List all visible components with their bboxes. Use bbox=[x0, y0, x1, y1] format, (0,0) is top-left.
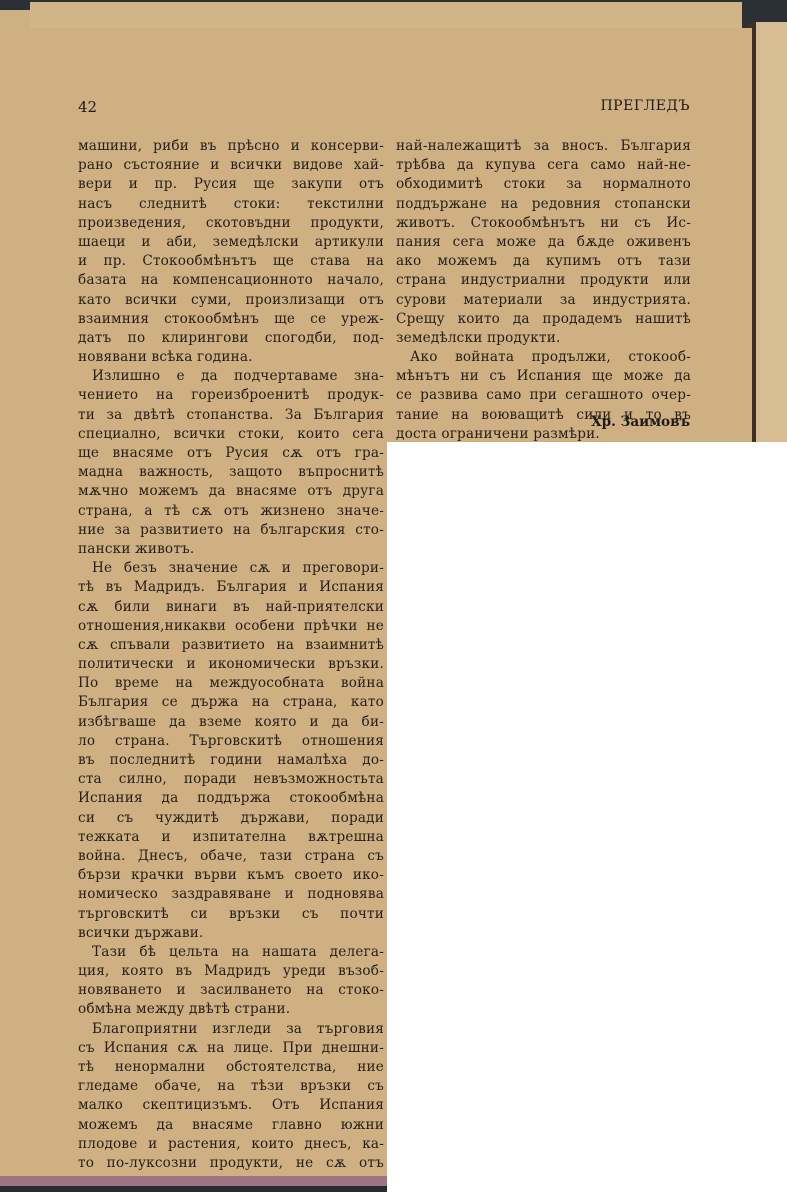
text-line: датъ по клирингови спогодби, под- bbox=[78, 329, 384, 348]
text-line: специално, всички стоки, които сега bbox=[78, 425, 384, 444]
text-line: поддържане на редовния стопански bbox=[396, 195, 691, 214]
text-line: малко скептицизъмъ. Отъ Испания bbox=[78, 1096, 384, 1115]
text-line: ако можемъ да купимъ отъ тази bbox=[396, 252, 691, 271]
text-line: страна, а тѣ сѫ отъ жизнено значе- bbox=[78, 502, 384, 521]
text-line: сѫ били винаги въ най-приятелски bbox=[78, 598, 384, 617]
left-text-column: машини, риби въ прѣсно и консерви- рано … bbox=[78, 137, 384, 1173]
text-line: вери и пр. Русия ще закупи отъ bbox=[78, 175, 384, 194]
text-line: произведения, скотовъдни продукти, bbox=[78, 214, 384, 233]
text-line: ция, която въ Мадридъ уреди възоб- bbox=[78, 962, 384, 981]
text-line: политически и икономически връзки. bbox=[78, 655, 384, 674]
running-head: ПРЕГЛЕДЪ bbox=[570, 98, 690, 114]
text-line: тѣ въ Мадридъ. България и Испания bbox=[78, 578, 384, 597]
text-line: Срещу които да продадемъ нашитѣ bbox=[396, 310, 691, 329]
author-signature: Хр. Заимовъ bbox=[560, 414, 690, 430]
text-line: животъ. Стокообмѣнътъ ни съ Ис- bbox=[396, 214, 691, 233]
text-line: отношения,никакви особени прѣчки не bbox=[78, 617, 384, 636]
text-line: пания сега може да бѫде оживенъ bbox=[396, 233, 691, 252]
text-line: чението на гореизброенитѣ продук- bbox=[78, 386, 384, 405]
text-line: ло страна. Търговскитѣ отношения bbox=[78, 732, 384, 751]
adjacent-page-edge bbox=[756, 22, 787, 442]
paragraph-start: Излишно е да подчертаваме зна- bbox=[78, 367, 384, 386]
text-line: можемъ да внасяме главно южни bbox=[78, 1116, 384, 1135]
text-line: номическо заздравяване и подновява bbox=[78, 885, 384, 904]
text-line: сурови материали за индустрията. bbox=[396, 291, 691, 310]
text-line: ти за двѣтѣ стопанства. За България bbox=[78, 406, 384, 425]
text-line: ще внасяме отъ Русия сѫ отъ гра- bbox=[78, 444, 384, 463]
right-text-column: най-належащитѣ за вносъ. България трѣбва… bbox=[396, 137, 691, 444]
text-line: рано състояние и всички видове хай- bbox=[78, 156, 384, 175]
text-line: машини, риби въ прѣсно и консерви- bbox=[78, 137, 384, 156]
text-line: плодове и растения, които днесъ, ка- bbox=[78, 1135, 384, 1154]
text-line: най-належащитѣ за вносъ. България bbox=[396, 137, 691, 156]
paragraph-start: Не безъ значение сѫ и преговори- bbox=[78, 559, 384, 578]
text-line: обмѣна между двѣтѣ страни. bbox=[78, 1000, 384, 1019]
scan-backdrop-bottom bbox=[0, 1186, 387, 1192]
text-line: въ последнитѣ години намалѣха до- bbox=[78, 751, 384, 770]
text-line: мѫчно можемъ да внасяме отъ друга bbox=[78, 482, 384, 501]
text-line: обходимитѣ стоки за нормалното bbox=[396, 175, 691, 194]
paragraph-start: Благоприятни изгледи за търговия bbox=[78, 1020, 384, 1039]
text-line: сѫ спъвали развитието на взаимнитѣ bbox=[78, 636, 384, 655]
paragraph-start: Ако войната продължи, стокооб- bbox=[396, 348, 691, 367]
text-line: се развива само при сегашното очер- bbox=[396, 386, 691, 405]
blank-area bbox=[387, 442, 787, 1192]
text-line: насъ следнитѣ стоки: текстилни bbox=[78, 195, 384, 214]
text-line: трѣбва да купува сега само най-не- bbox=[396, 156, 691, 175]
text-line: тѣ ненормални обстоятелства, ние bbox=[78, 1058, 384, 1077]
text-line: бързи крачки върви къмъ своето ико- bbox=[78, 866, 384, 885]
text-line: ста силно, поради невъзможностьта bbox=[78, 770, 384, 789]
text-line: Испания да поддържа стокообмѣна bbox=[78, 789, 384, 808]
text-line: съ Испания сѫ на лице. При днешни- bbox=[78, 1039, 384, 1058]
text-line: то по-луксозни продукти, не сѫ отъ bbox=[78, 1154, 384, 1173]
text-line: тежката и изпитателна вѫтрешна bbox=[78, 828, 384, 847]
text-line: страна индустриални продукти или bbox=[396, 271, 691, 290]
text-line: земедѣлски продукти. bbox=[396, 329, 691, 348]
text-line: война. Днесъ, обаче, тази страна съ bbox=[78, 847, 384, 866]
text-line: новявани всѣка година. bbox=[78, 348, 384, 367]
text-line: По време на междуособната война bbox=[78, 674, 384, 693]
text-line: шаеци и аби, земедѣлски артикули bbox=[78, 233, 384, 252]
text-line: България се държа на страна, като bbox=[78, 693, 384, 712]
text-line: мѣнътъ ни съ Испания ще може да bbox=[396, 367, 691, 386]
text-line: пански животъ. bbox=[78, 540, 384, 559]
text-line: взаимния стокообмѣнъ ще се уреж- bbox=[78, 310, 384, 329]
text-line: като всички суми, произлизащи отъ bbox=[78, 291, 384, 310]
text-line: си съ чуждитѣ държави, поради bbox=[78, 809, 384, 828]
text-line: новяването и засилването на стоко- bbox=[78, 981, 384, 1000]
text-line: гледаме обаче, на тѣзи връзки съ bbox=[78, 1077, 384, 1096]
paragraph-start: Тази бѣ цельта на нашата делега- bbox=[78, 943, 384, 962]
page-number: 42 bbox=[78, 98, 97, 116]
text-line: базата на компенсационното начало, bbox=[78, 271, 384, 290]
text-line: избѣгваше да вземе която и да би- bbox=[78, 713, 384, 732]
text-line: търговскитѣ си връзки съ почти bbox=[78, 905, 384, 924]
text-line: и пр. Стокообмѣнътъ ще става на bbox=[78, 252, 384, 271]
text-line: мадна важность, защото въпроснитѣ bbox=[78, 463, 384, 482]
text-line: всички държави. bbox=[78, 924, 384, 943]
text-line: ние за развитието на българския сто- bbox=[78, 521, 384, 540]
